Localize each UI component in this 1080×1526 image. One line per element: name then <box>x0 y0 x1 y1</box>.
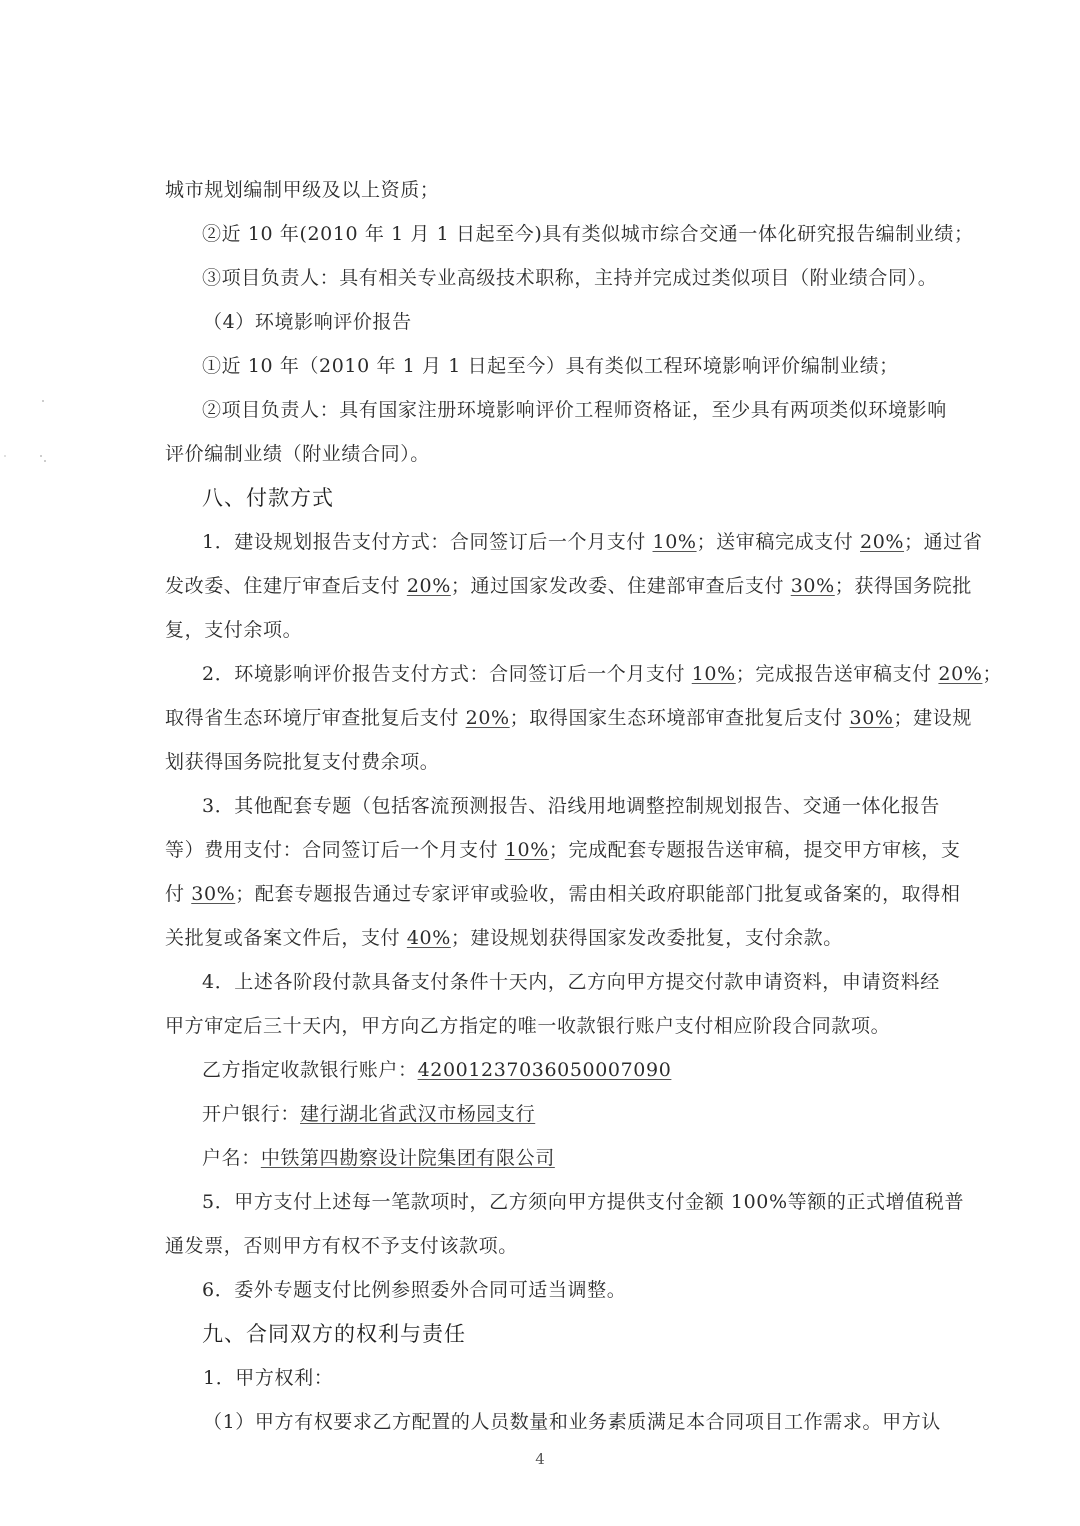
scan-speck <box>40 455 42 457</box>
percent-value: 10% <box>653 531 697 553</box>
text-line: ②项目负责人：具有国家注册环境影响评价工程师资格证，至少具有两项类似环境影响 <box>165 388 919 432</box>
bank-account-label: 乙方指定收款银行账户： <box>202 1059 418 1081</box>
text: ；完成配套专题报告送审稿，提交甲方审核，支 <box>549 839 961 861</box>
percent-value: 40% <box>407 927 451 949</box>
text: 发改委、住建厅审查后支付 <box>165 575 407 597</box>
payment-item-3-line-4: 关批复或备案文件后，支付 40%；建设规划获得国家发改委批复，支付余款。 <box>165 916 919 960</box>
payment-item-5-line-1: 5．甲方支付上述每一笔款项时，乙方须向甲方提供支付金额 100%等额的正式增值税… <box>165 1180 919 1224</box>
account-holder-row: 户名：中铁第四勘察设计院集团有限公司 <box>165 1136 919 1180</box>
text: ；通过国家发改委、住建部审查后支付 <box>451 575 791 597</box>
text-line: ③项目负责人：具有相关专业高级技术职称，主持并完成过类似项目（附业绩合同）。 <box>165 256 919 300</box>
text-line: 城市规划编制甲级及以上资质； <box>165 168 919 212</box>
subsection-title: （4）环境影响评价报告 <box>165 300 919 344</box>
bank-name-row: 开户银行：建行湖北省武汉市杨园支行 <box>165 1092 919 1136</box>
bank-account-row: 乙方指定收款银行账户：42001237036050007090 <box>165 1048 919 1092</box>
text: 付 <box>165 883 191 905</box>
text: ；取得国家生态环境部审查批复后支付 <box>510 707 850 729</box>
text: ； <box>982 663 1002 685</box>
text: ；送审稿完成支付 <box>697 531 860 553</box>
payment-item-6: 6．委外专题支付比例参照委外合同可适当调整。 <box>165 1268 919 1312</box>
scan-speck <box>44 460 46 462</box>
page-number: 4 <box>0 1450 1080 1468</box>
text-line: ①近 10 年（2010 年 1 月 1 日起至今）具有类似工程环境影响评价编制… <box>165 344 919 388</box>
payment-item-5-line-2: 通发票，否则甲方有权不予支付该款项。 <box>165 1224 919 1268</box>
text: 关批复或备案文件后，支付 <box>165 927 407 949</box>
text: ；完成报告送审稿支付 <box>736 663 939 685</box>
percent-value: 20% <box>466 707 510 729</box>
percent-value: 30% <box>791 575 835 597</box>
payment-item-2-line-2: 取得省生态环境厅审查批复后支付 20%；取得国家生态环境部审查批复后支付 30%… <box>165 696 919 740</box>
party-a-rights-item-1: （1）甲方有权要求乙方配置的人员数量和业务素质满足本合同项目工作需求。甲方认 <box>165 1400 919 1444</box>
bank-account-value: 42001237036050007090 <box>418 1059 672 1081</box>
subsection-party-a-rights: 1．甲方权利： <box>165 1356 919 1400</box>
text: ；建设规 <box>894 707 972 729</box>
text: 等）费用支付：合同签订后一个月支付 <box>165 839 505 861</box>
payment-item-3-line-3: 付 30%；配套专题报告通过专家评审或验收，需由相关政府职能部门批复或备案的，取… <box>165 872 919 916</box>
payment-item-2-line-1: 2．环境影响评价报告支付方式：合同签订后一个月支付 10%；完成报告送审稿支付 … <box>165 652 919 696</box>
text: ；建设规划获得国家发改委批复，支付余款。 <box>451 927 843 949</box>
account-holder-label: 户名： <box>202 1147 261 1169</box>
bank-name-label: 开户银行： <box>202 1103 300 1125</box>
percent-value: 10% <box>692 663 736 685</box>
payment-item-1-line-3: 复，支付余项。 <box>165 608 919 652</box>
percent-value: 20% <box>407 575 451 597</box>
text: 取得省生态环境厅审查批复后支付 <box>165 707 466 729</box>
text: 1．建设规划报告支付方式：合同签订后一个月支付 <box>202 531 653 553</box>
payment-item-4-line-2: 甲方审定后三十天内，甲方向乙方指定的唯一收款银行账户支付相应阶段合同款项。 <box>165 1004 919 1048</box>
payment-item-1-line-2: 发改委、住建厅审查后支付 20%；通过国家发改委、住建部审查后支付 30%；获得… <box>165 564 919 608</box>
scan-speck <box>42 400 44 402</box>
percent-value: 20% <box>860 531 904 553</box>
section-heading-payment: 八、付款方式 <box>165 476 919 520</box>
payment-item-1-line-1: 1．建设规划报告支付方式：合同签订后一个月支付 10%；送审稿完成支付 20%；… <box>165 520 919 564</box>
percent-value: 30% <box>850 707 894 729</box>
text-line: ②近 10 年(2010 年 1 月 1 日起至今)具有类似城市综合交通一体化研… <box>165 212 919 256</box>
text: 2．环境影响评价报告支付方式：合同签订后一个月支付 <box>202 663 692 685</box>
payment-item-3-line-2: 等）费用支付：合同签订后一个月支付 10%；完成配套专题报告送审稿，提交甲方审核… <box>165 828 919 872</box>
account-holder-value: 中铁第四勘察设计院集团有限公司 <box>261 1147 555 1169</box>
percent-value: 10% <box>505 839 549 861</box>
percent-value: 30% <box>191 883 235 905</box>
text: ；通过省 <box>904 531 982 553</box>
payment-item-4-line-1: 4．上述各阶段付款具备支付条件十天内，乙方向甲方提交付款申请资料，申请资料经 <box>165 960 919 1004</box>
text-line: 评价编制业绩（附业绩合同）。 <box>165 432 919 476</box>
payment-item-2-line-3: 划获得国务院批复支付费余项。 <box>165 740 919 784</box>
text: ；配套专题报告通过专家评审或验收，需由相关政府职能部门批复或备案的，取得相 <box>235 883 960 905</box>
document-page: 城市规划编制甲级及以上资质； ②近 10 年(2010 年 1 月 1 日起至今… <box>165 168 919 1444</box>
payment-item-3-line-1: 3．其他配套专题（包括客流预测报告、沿线用地调整控制规划报告、交通一体化报告 <box>165 784 919 828</box>
percent-value: 20% <box>938 663 982 685</box>
section-heading-rights: 九、合同双方的权利与责任 <box>165 1312 919 1356</box>
bank-name-value: 建行湖北省武汉市杨园支行 <box>300 1103 535 1125</box>
scan-speck <box>4 455 6 457</box>
text: ；获得国务院批 <box>835 575 972 597</box>
